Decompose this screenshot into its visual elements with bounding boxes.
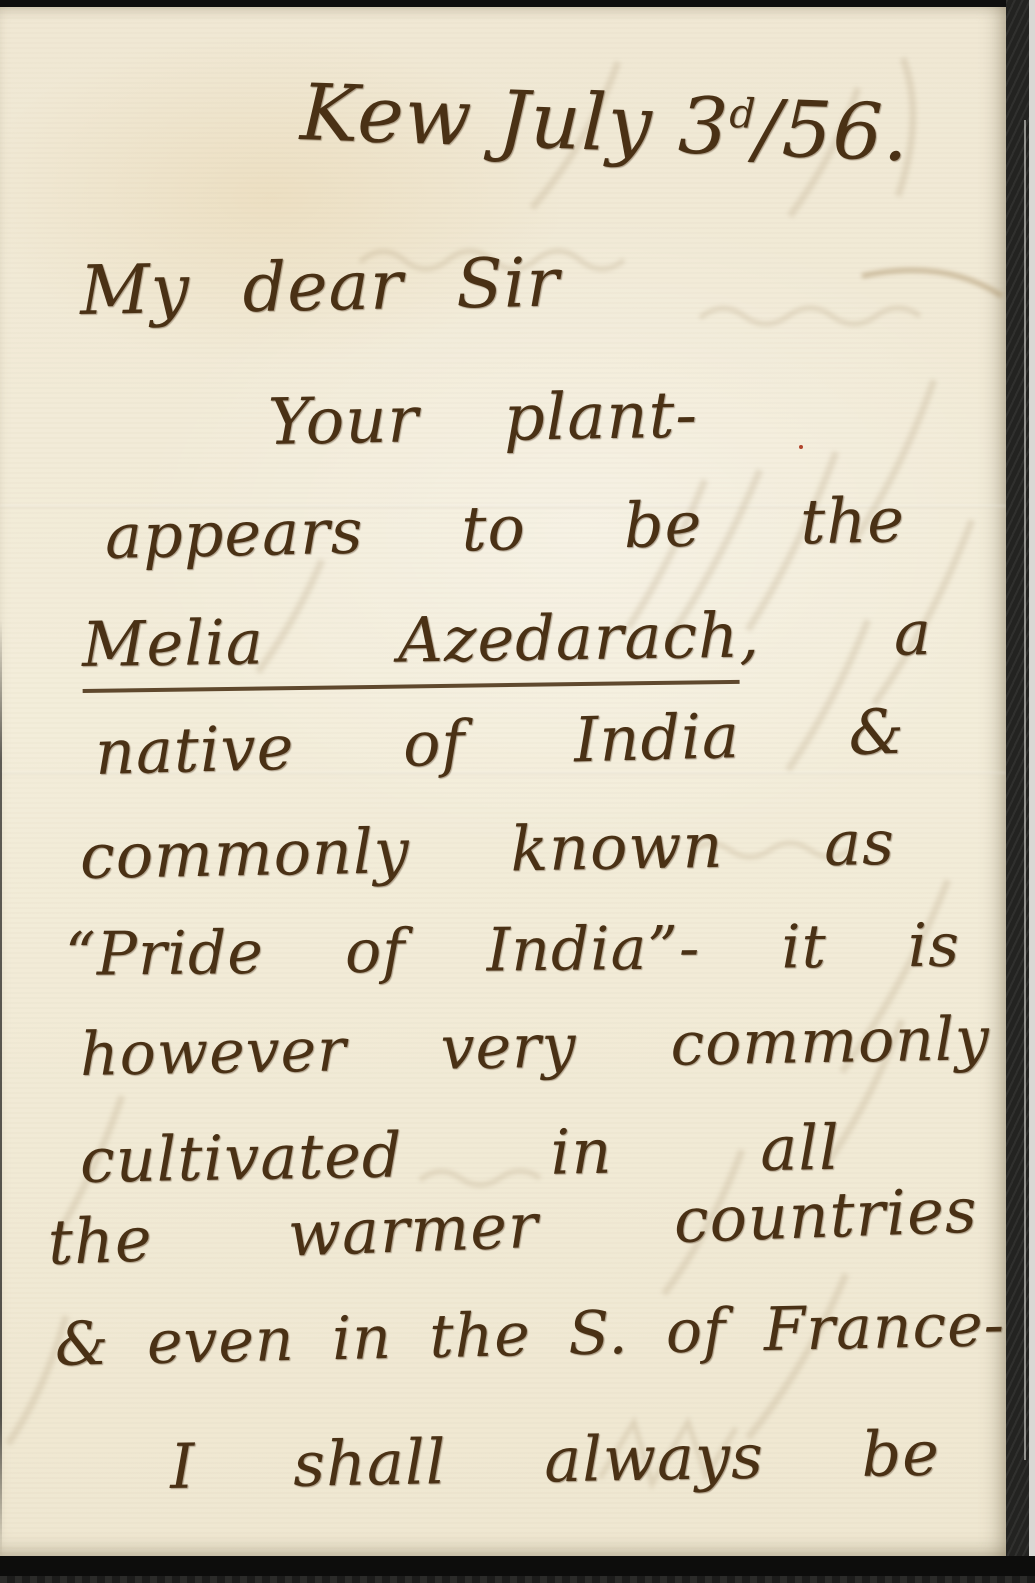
scan-border-left: [0, 620, 2, 1556]
scan-edge-strip: [1029, 0, 1035, 1583]
species-line-rest: , a: [739, 596, 933, 672]
letter-line-i-shall-always: I shall always be: [169, 1417, 940, 1503]
scan-border-right-highlight: [1024, 120, 1026, 1460]
heading-year: /56.: [753, 84, 910, 179]
salutation-line: My dear Sir: [79, 244, 560, 331]
letter-line-pride-of-india: “Pride of India”- it is: [65, 911, 961, 990]
scanned-letter-page: Kew July 3d/56. My dear Sir Your plant- …: [0, 0, 1035, 1583]
underlined-species-name: Melia Azedarach: [81, 599, 739, 693]
letter-line-commonly-known: commonly known as: [79, 806, 895, 893]
date-ordinal-superscript: d: [729, 89, 757, 138]
scan-border-top: [0, 0, 1035, 7]
ink-speck: [799, 445, 803, 449]
scan-border-bottom: [0, 1556, 1035, 1576]
letter-line-species: Melia Azedarach, a: [81, 596, 932, 681]
scan-border-bottom-lip: [0, 1576, 1035, 1583]
letter-line-your-plant: Your plant-: [267, 379, 698, 460]
heading-place-date: Kew July 3: [299, 68, 731, 173]
